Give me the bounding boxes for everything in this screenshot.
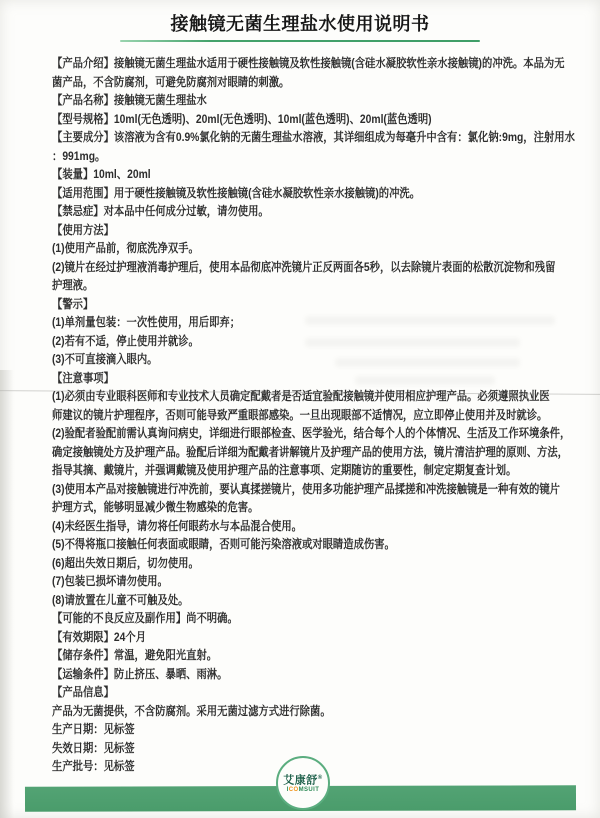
text-line: 指导其摘、戴镜片，并强调戴镜及使用护理产品的注意事项、定期随访的重要性，制定定期… xyxy=(52,461,523,480)
text-line: 【主要成分】该溶液为含有0.9%氯化钠的无菌生理盐水溶液，其详细组成为每毫升中含… xyxy=(52,128,523,147)
text-line: (7)包装已损坏请勿使用。 xyxy=(52,572,523,591)
text-line: (2)镜片在经过护理液消毒护理后，使用本品彻底冲洗镜片正反两面各5秒，以去除镜片… xyxy=(52,258,523,277)
text-line: 【产品名称】接触镜无菌生理盐水 xyxy=(52,91,523,110)
text-line: 【有效期限】24个月 xyxy=(52,628,523,647)
text-line: 护理方式，能够明显减少微生物感染的危害。 xyxy=(52,498,523,517)
instruction-leaflet-page: 接触镜无菌生理盐水使用说明书 【产品介绍】接触镜无菌生理盐水适用于硬性接触镜及软… xyxy=(0,0,600,818)
bleed-through-artifact xyxy=(335,358,520,367)
text-line: (4)未经医生指导，请勿将任何眼药水与本品混合使用。 xyxy=(52,517,523,536)
text-line: 【使用方法】 xyxy=(52,221,523,240)
text-line: 护理液。 xyxy=(52,276,523,295)
text-line: 菌产品，不含防腐剂，可避免防腐剂对眼睛的刺激。 xyxy=(52,73,523,92)
registered-trademark-icon: ® xyxy=(318,775,323,781)
brand-name-cn: 艾康舒® xyxy=(283,772,322,787)
text-line: (1)使用产品前，彻底洗净双手。 xyxy=(52,239,523,258)
text-line: 【警示】 xyxy=(52,295,523,314)
text-line: (3)使用本产品对接触镜进行冲洗前，要认真揉搓镜片，使用多功能护理产品揉搓和冲洗… xyxy=(52,480,523,499)
text-line: (8)请放置在儿童不可触及处。 xyxy=(52,591,523,610)
text-line: 失效日期：见标签 xyxy=(52,739,523,758)
text-line: ：991mg。 xyxy=(52,147,523,166)
brand-en-mid: CO xyxy=(289,787,299,793)
brand-en-suffix: MSUIT xyxy=(299,787,320,793)
bleed-through-artifact xyxy=(355,376,495,385)
brand-logo: 艾康舒® ICOMSUIT xyxy=(276,756,330,810)
text-line: 【禁忌症】对本品中任何成分过敏，请勿使用。 xyxy=(52,202,523,221)
leaflet-body-text: 【产品介绍】接触镜无菌生理盐水适用于硬性接触镜及软性接触镜(含硅水凝胶软性亲水接… xyxy=(52,54,600,776)
text-line: 【装量】10ml、20ml xyxy=(52,165,523,184)
text-line: 【储存条件】常温，避免阳光直射。 xyxy=(52,646,523,665)
brand-name-cn-text: 艾康舒 xyxy=(283,774,318,786)
document-title: 接触镜无菌生理盐水使用说明书 xyxy=(0,10,600,36)
text-line: 【运输条件】防止挤压、暴晒、雨淋。 xyxy=(52,665,523,684)
text-line: (1)必须由专业眼科医师和专业技术人员确定配戴者是否适宜验配接触镜并使用相应护理… xyxy=(52,387,523,406)
bleed-through-artifact xyxy=(305,316,555,325)
text-line: (2)验配者验配前需认真询问病史，详细进行眼部检查、医学验光，结合每个人的个体情… xyxy=(52,424,523,443)
text-line: 【型号规格】10ml(无色透明)、20ml(无色透明)、10ml(蓝色透明)、2… xyxy=(52,110,523,129)
page-edge-shadow xyxy=(0,370,14,818)
text-line: 师建议的镜片护理程序，否则可能导致严重眼部感染。一旦出现眼部不适情况，应立即停止… xyxy=(52,406,523,425)
text-line: (5)不得将瓶口接触任何表面或眼睛，否则可能污染溶液或对眼睛造成伤害。 xyxy=(52,535,523,554)
brand-name-en: ICOMSUIT xyxy=(287,786,320,794)
text-line: 【可能的不良反应及副作用】尚不明确。 xyxy=(52,609,523,628)
text-line: 【产品信息】 xyxy=(52,683,523,702)
text-line: (6)超出失效日期后，切勿使用。 xyxy=(52,554,523,573)
text-line: 【产品介绍】接触镜无菌生理盐水适用于硬性接触镜及软性接触镜(含硅水凝胶软性亲水接… xyxy=(52,54,523,73)
text-line: 生产日期：见标签 xyxy=(52,720,523,739)
text-line: 产品为无菌提供，不含防腐剂。采用无菌过滤方式进行除菌。 xyxy=(52,702,523,721)
text-line: 确定接触镜处方及护理产品。验配后详细为配戴者讲解镜片及护理产品的使用方法，镜片清… xyxy=(52,443,523,462)
text-line: 【适用范围】用于硬性接触镜及软性接触镜(含硅水凝胶软性亲水接触镜)的冲洗。 xyxy=(52,184,523,203)
bleed-through-artifact xyxy=(305,338,520,347)
title-divider-line xyxy=(120,40,480,42)
